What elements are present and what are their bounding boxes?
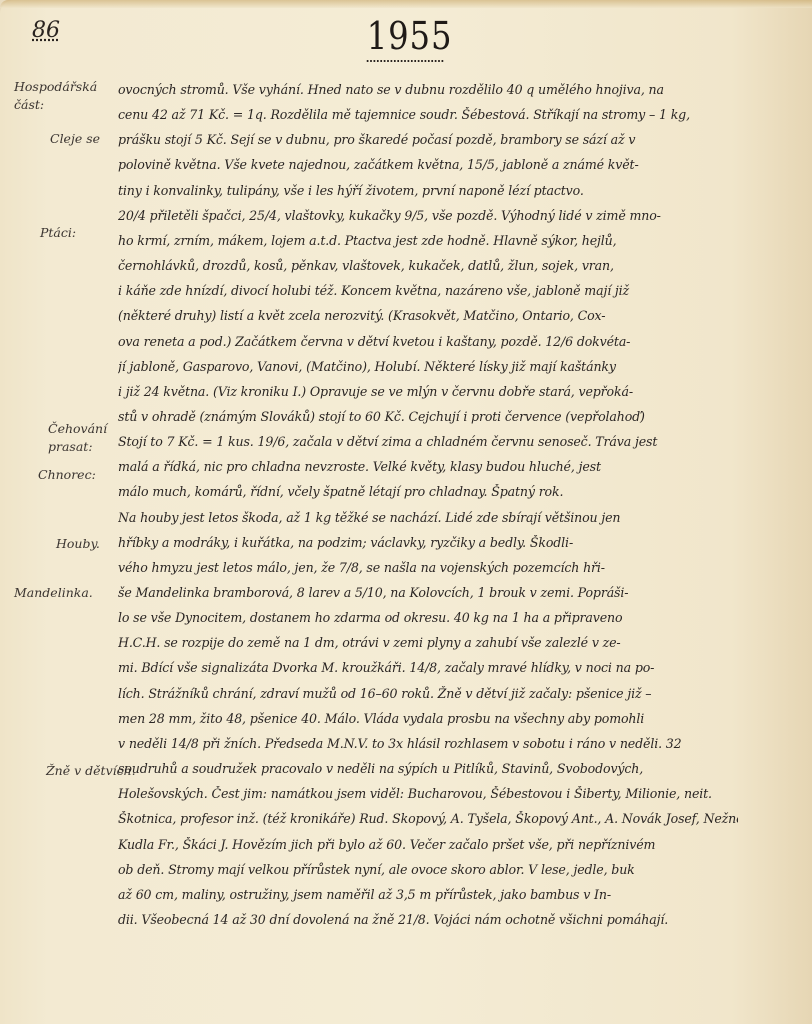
text-line: ob deň. Stromy mají velkou přírůstek nyn… — [118, 862, 738, 884]
text-line: 20/4 přiletěli špačci, 25/4, vlaštovky, … — [118, 208, 738, 230]
text-line: malá a řídká, nic pro chladna nevzroste.… — [118, 459, 738, 481]
text-line: ovocných stromů. Vše vyhání. Hned nato s… — [118, 82, 738, 104]
text-line: ova reneta a pod.) Začátkem června v dět… — [118, 334, 738, 356]
text-line: vého hmyzu jest letos málo, jen, že 7/8,… — [118, 560, 738, 582]
page-edge — [0, 0, 812, 8]
margin-note: Hospodářská část: — [14, 78, 114, 114]
text-line: lích. Strážníků chrání, zdraví mužů od 1… — [118, 686, 738, 708]
text-line: Kudla Fr., Škáci J. Hovězím jich při byl… — [118, 837, 738, 859]
text-line: dii. Všeobecná 14 až 30 dní dovolená na … — [118, 912, 738, 934]
text-line: tiny i konvalinky, tulipány, vše i les h… — [118, 183, 738, 205]
page-number: 86 — [32, 18, 60, 43]
text-line: H.C.H. se rozpije do země na 1 dm, otráv… — [118, 635, 738, 657]
text-line: černohlávků, drozdů, kosů, pěnkav, vlašt… — [118, 258, 738, 280]
text-line: stů v ohradě (známým Slováků) stojí to 6… — [118, 409, 738, 431]
text-line: až 60 cm, maliny, ostružiny, jsem naměři… — [118, 887, 738, 909]
margin-note: Mandelinka. — [14, 584, 114, 602]
text-line: jí jabloně, Gasparovo, Vanovi, (Matčino)… — [118, 359, 738, 381]
text-line: prášku stojí 5 Kč. Sejí se v dubnu, pro … — [118, 132, 738, 154]
text-line: Škotnica, profesor inž. (též kronikáře) … — [118, 811, 738, 833]
text-line: Holešovských. Čest jim: namátkou jsem vi… — [118, 786, 738, 808]
notebook-page: 86 1955 Hospodářská část:Cleje sePtáci:Č… — [0, 0, 812, 1024]
text-line: málo much, komárů, řídní, včely špatně l… — [118, 484, 738, 506]
text-line: lo se vše Dynocitem, dostanem ho zdarma … — [118, 610, 738, 632]
text-line: še Mandelinka bramborová, 8 larev a 5/10… — [118, 585, 738, 607]
text-line: i káňe zde hnízdí, divocí holubi též. Ko… — [118, 283, 738, 305]
text-line: Stojí to 7 Kč. = 1 kus. 19/6, začala v d… — [118, 434, 738, 456]
text-line: cenu 42 až 71 Kč. = 1q. Rozdělila mě taj… — [118, 107, 738, 129]
text-line: soudruhů a soudružek pracovalo v neděli … — [118, 761, 738, 783]
text-line: (některé druhy) listí a květ zcela neroz… — [118, 308, 738, 330]
text-line: mi. Bdící vše signalizáta Dvorka M. krou… — [118, 660, 738, 682]
year-heading: 1955 — [367, 14, 444, 62]
text-line: men 28 mm, žito 48, pšenice 40. Málo. Vl… — [118, 711, 738, 733]
text-line: hříbky a modráky, i kuřátka, na podzim; … — [118, 535, 738, 557]
text-line: Na houby jest letos škoda, až 1 kg těžké… — [118, 510, 738, 532]
text-line: polovině května. Vše kvete najednou, zač… — [118, 157, 738, 179]
text-line: ho krmí, zrním, mákem, lojem a.t.d. Ptac… — [118, 233, 738, 255]
text-line: i již 24 května. (Viz kroniku I.) Opravu… — [118, 384, 738, 406]
text-line: v neděli 14/8 při žních. Předseda M.N.V.… — [118, 736, 738, 758]
